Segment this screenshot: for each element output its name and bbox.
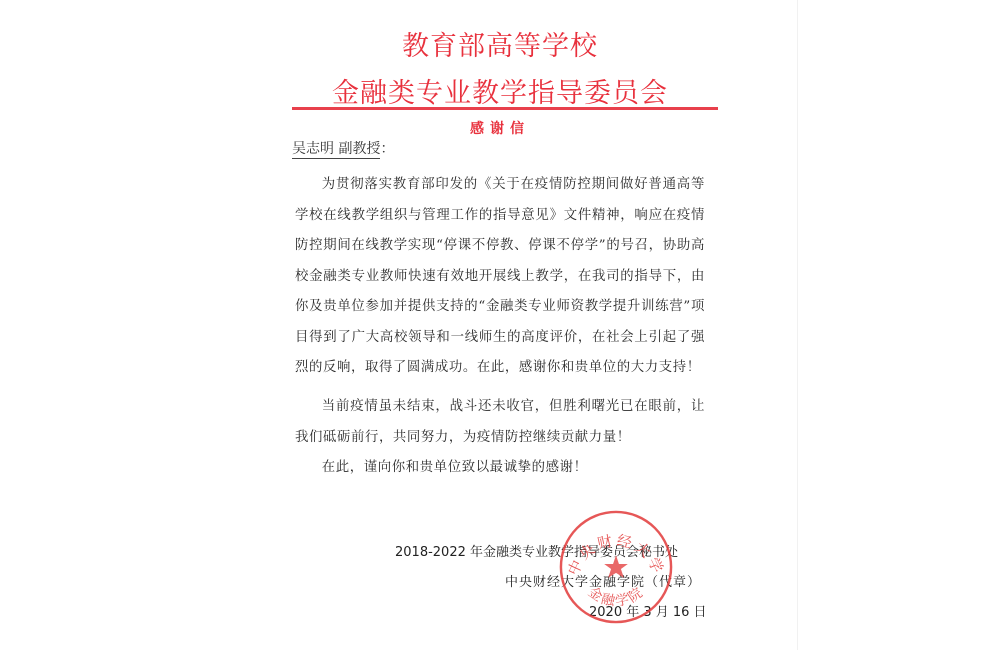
body-paragraph: 当前疫情虽未结束，战斗还未收官，但胜利曙光已在眼前，让我们砥砺前行，共同努力，为… bbox=[295, 392, 705, 453]
letter-page: 教育部高等学校 金融类专业教学指导委员会 感谢信 吴志明 副教授： 为贯彻落实教… bbox=[0, 0, 1000, 650]
letterhead-divider bbox=[292, 107, 718, 110]
recipient-name: 吴志明 副教授 bbox=[292, 141, 380, 159]
official-seal-icon: 中央财经大学 金融学院 bbox=[557, 508, 675, 626]
letterhead-line-2: 金融类专业教学指导委员会 bbox=[0, 71, 1000, 110]
body-paragraph-1-block: 为贯彻落实教育部印发的《关于在疫情防控期间做好普通高等学校在线教学组织与管理工作… bbox=[295, 170, 705, 384]
body-paragraph-3-block: 在此，谨向你和贵单位致以最诚挚的感谢！ bbox=[295, 453, 705, 484]
body-paragraph: 为贯彻落实教育部印发的《关于在疫情防控期间做好普通高等学校在线教学组织与管理工作… bbox=[295, 170, 705, 384]
salutation: 吴志明 副教授： bbox=[292, 138, 394, 158]
svg-text:金融学院: 金融学院 bbox=[585, 584, 647, 610]
body-paragraph: 在此，谨向你和贵单位致以最诚挚的感谢！ bbox=[295, 453, 705, 484]
body-paragraph-2-block: 当前疫情虽未结束，战斗还未收官，但胜利曙光已在眼前，让我们砥砺前行，共同努力，为… bbox=[295, 392, 705, 453]
letter-title: 感谢信 bbox=[0, 118, 1000, 138]
letterhead-line-1: 教育部高等学校 bbox=[0, 24, 1000, 63]
salutation-colon: ： bbox=[380, 141, 394, 157]
